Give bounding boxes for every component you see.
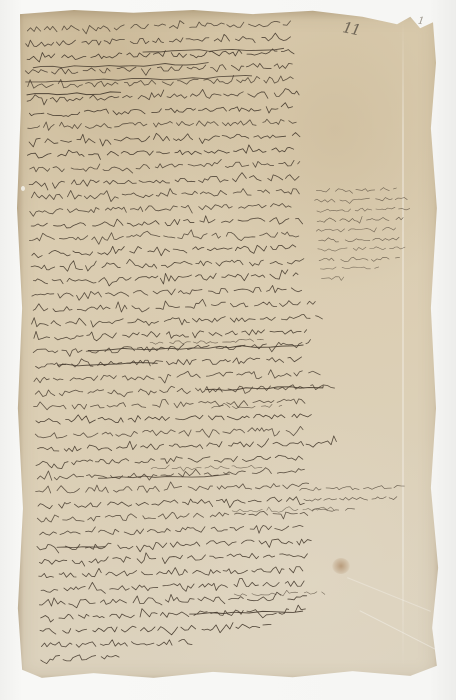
manuscript-page <box>14 8 442 684</box>
paper-edge-shading <box>14 8 442 684</box>
ink-stain <box>332 558 350 574</box>
paper-flaw-speck <box>21 186 25 191</box>
fold-crease <box>402 18 404 670</box>
corner-page-mark: 1 <box>417 16 425 28</box>
scan-background: 11 1 <box>0 0 456 700</box>
